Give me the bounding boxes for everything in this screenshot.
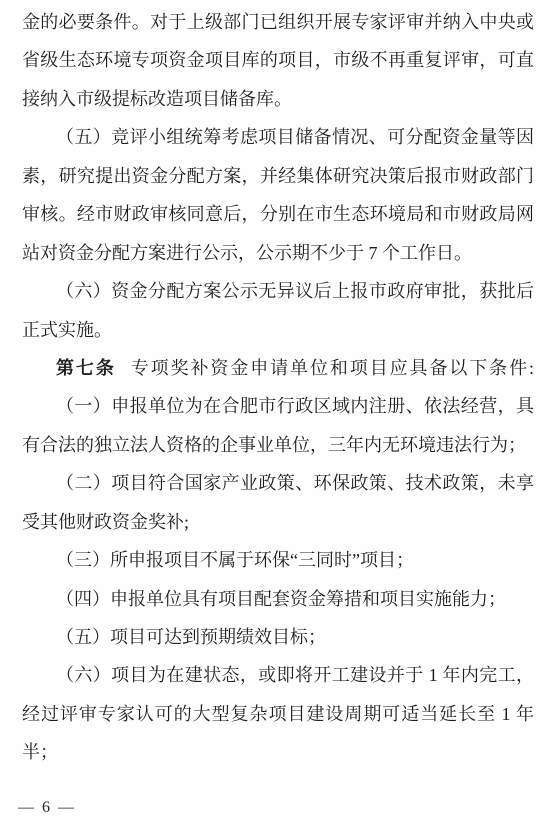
- text-line: 审核。经市财政审核同意后，分别在市生态环境局和市财政局网: [22, 195, 534, 233]
- document-body: 金的必要条件。对于上级部门已组织开展专家评审并纳入中央或 省级生态环境专项资金项…: [22, 3, 534, 772]
- condition-3-line: （三）所申报项目不属于环保“三同时”项目；: [22, 541, 534, 579]
- clause-5-line: （五）竞评小组统筹考虑项目储备情况、可分配资金量等因: [22, 118, 534, 156]
- condition-2-line: （二）项目符合国家产业政策、环保政策、技术政策，未享: [22, 464, 534, 502]
- article-7-heading: 第七条专项奖补资金申请单位和项目应具备以下条件:: [22, 349, 534, 387]
- page-number: — 6 —: [18, 799, 76, 817]
- article-number: 第七条: [56, 358, 116, 378]
- condition-1-line: （一）申报单位为在合肥市行政区域内注册、依法经营，具: [22, 387, 534, 425]
- condition-6-line: （六）项目为在建状态，或即将开工建设并于 1 年内完工，: [22, 656, 534, 694]
- clause-6-line: （六）资金分配方案公示无异议后上报市政府审批，获批后: [22, 272, 534, 310]
- text-line: 经过评审专家认可的大型复杂项目建设周期可适当延长至 1 年: [22, 695, 534, 733]
- condition-5-line: （五）项目可达到预期绩效目标；: [22, 618, 534, 656]
- text-line: 金的必要条件。对于上级部门已组织开展专家评审并纳入中央或: [22, 3, 534, 41]
- text-line: 素，研究提出资金分配方案，并经集体研究决策后报市财政部门: [22, 157, 534, 195]
- condition-4-line: （四）申报单位具有项目配套资金筹措和项目实施能力；: [22, 580, 534, 618]
- text-line: 有合法的独立法人资格的企事业单位，三年内无环境违法行为；: [22, 426, 534, 464]
- article-title: 专项奖补资金申请单位和项目应具备以下条件:: [131, 358, 534, 378]
- text-line: 省级生态环境专项资金项目库的项目，市级不再重复评审，可直: [22, 41, 534, 79]
- text-line: 站对资金分配方案进行公示，公示期不少于 7 个工作日。: [22, 234, 534, 272]
- text-line: 半；: [22, 733, 534, 771]
- text-line: 接纳入市级提标改造项目储备库。: [22, 80, 534, 118]
- text-line: 正式实施。: [22, 311, 534, 349]
- text-line: 受其他财政资金奖补;: [22, 503, 534, 541]
